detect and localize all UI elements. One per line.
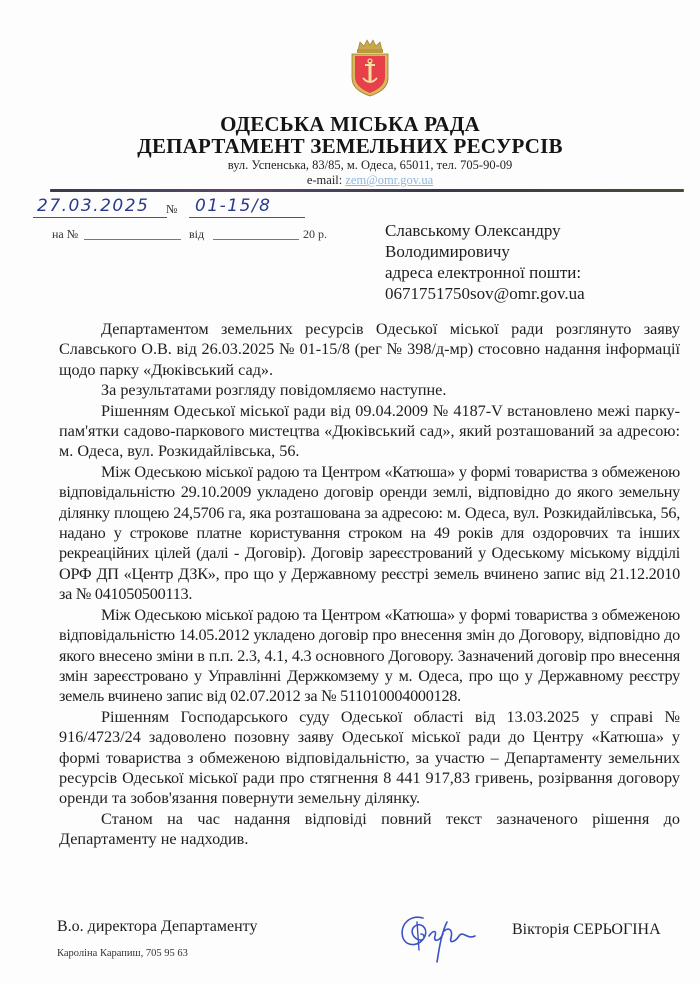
addressee-email: 0671751750sov@omr.gov.ua bbox=[385, 283, 685, 304]
body-paragraph: Рішенням Одеської міської ради від 09.04… bbox=[59, 401, 680, 462]
body-paragraph: Між Одеською міської радою та Центром «К… bbox=[59, 462, 680, 605]
email-label: e-mail: bbox=[307, 173, 346, 187]
reference-row: на № від 20 р. bbox=[52, 227, 352, 243]
odesa-coat-of-arms-icon bbox=[348, 38, 392, 98]
department-email-link[interactable]: zem@omr.gov.ua bbox=[345, 173, 433, 187]
handwritten-signature-icon bbox=[395, 906, 495, 966]
signatory-name: Вікторія СЕРЬОГІНА bbox=[512, 921, 661, 939]
header-divider bbox=[50, 189, 684, 192]
registration-row: 27.03.2025 № 01-15/8 bbox=[33, 196, 323, 220]
outgoing-number: 01-15/8 bbox=[189, 196, 305, 218]
department-address: вул. Успенська, 83/85, м. Одеса, 65011, … bbox=[0, 158, 700, 173]
addressee-email-label: адреса електронної пошти: bbox=[385, 262, 685, 283]
letter-body: Департаментом земельних ресурсів Одесько… bbox=[59, 319, 680, 850]
executor-contact: Кароліна Карапиш, 705 95 63 bbox=[57, 948, 188, 959]
department-email-line: e-mail: zem@omr.gov.ua bbox=[0, 173, 700, 188]
body-paragraph: Департаментом земельних ресурсів Одесько… bbox=[59, 319, 680, 380]
department-name: ДЕПАРТАМЕНТ ЗЕМЕЛЬНИХ РЕСУРСІВ bbox=[0, 134, 700, 158]
reference-date-blank bbox=[213, 239, 299, 240]
reference-number-label: на № bbox=[52, 227, 78, 242]
addressee-surname: Славському Олександру bbox=[385, 220, 685, 241]
body-paragraph: За результатами розгляду повідомляємо на… bbox=[59, 380, 680, 400]
letter-page: ОДЕСЬКА МІСЬКА РАДА ДЕПАРТАМЕНТ ЗЕМЕЛЬНИ… bbox=[0, 0, 700, 985]
body-paragraph: Рішенням Господарського суду Одеської об… bbox=[59, 707, 680, 809]
signatory-title: В.о. директора Департаменту bbox=[57, 918, 257, 936]
organization-name: ОДЕСЬКА МІСЬКА РАДА bbox=[0, 112, 700, 136]
addressee-block: Славському Олександру Володимировичу адр… bbox=[385, 220, 685, 304]
body-paragraph: Станом на час надання відповіді повний т… bbox=[59, 809, 680, 850]
addressee-patronymic: Володимировичу bbox=[385, 241, 685, 262]
reference-year-label: 20 р. bbox=[303, 227, 327, 242]
outgoing-date: 27.03.2025 bbox=[33, 196, 167, 218]
body-paragraph: Між Одеською міської радою та Центром «К… bbox=[59, 605, 680, 707]
reference-from-label: від bbox=[189, 227, 204, 242]
number-label: № bbox=[166, 202, 177, 217]
reference-number-blank bbox=[84, 239, 181, 240]
